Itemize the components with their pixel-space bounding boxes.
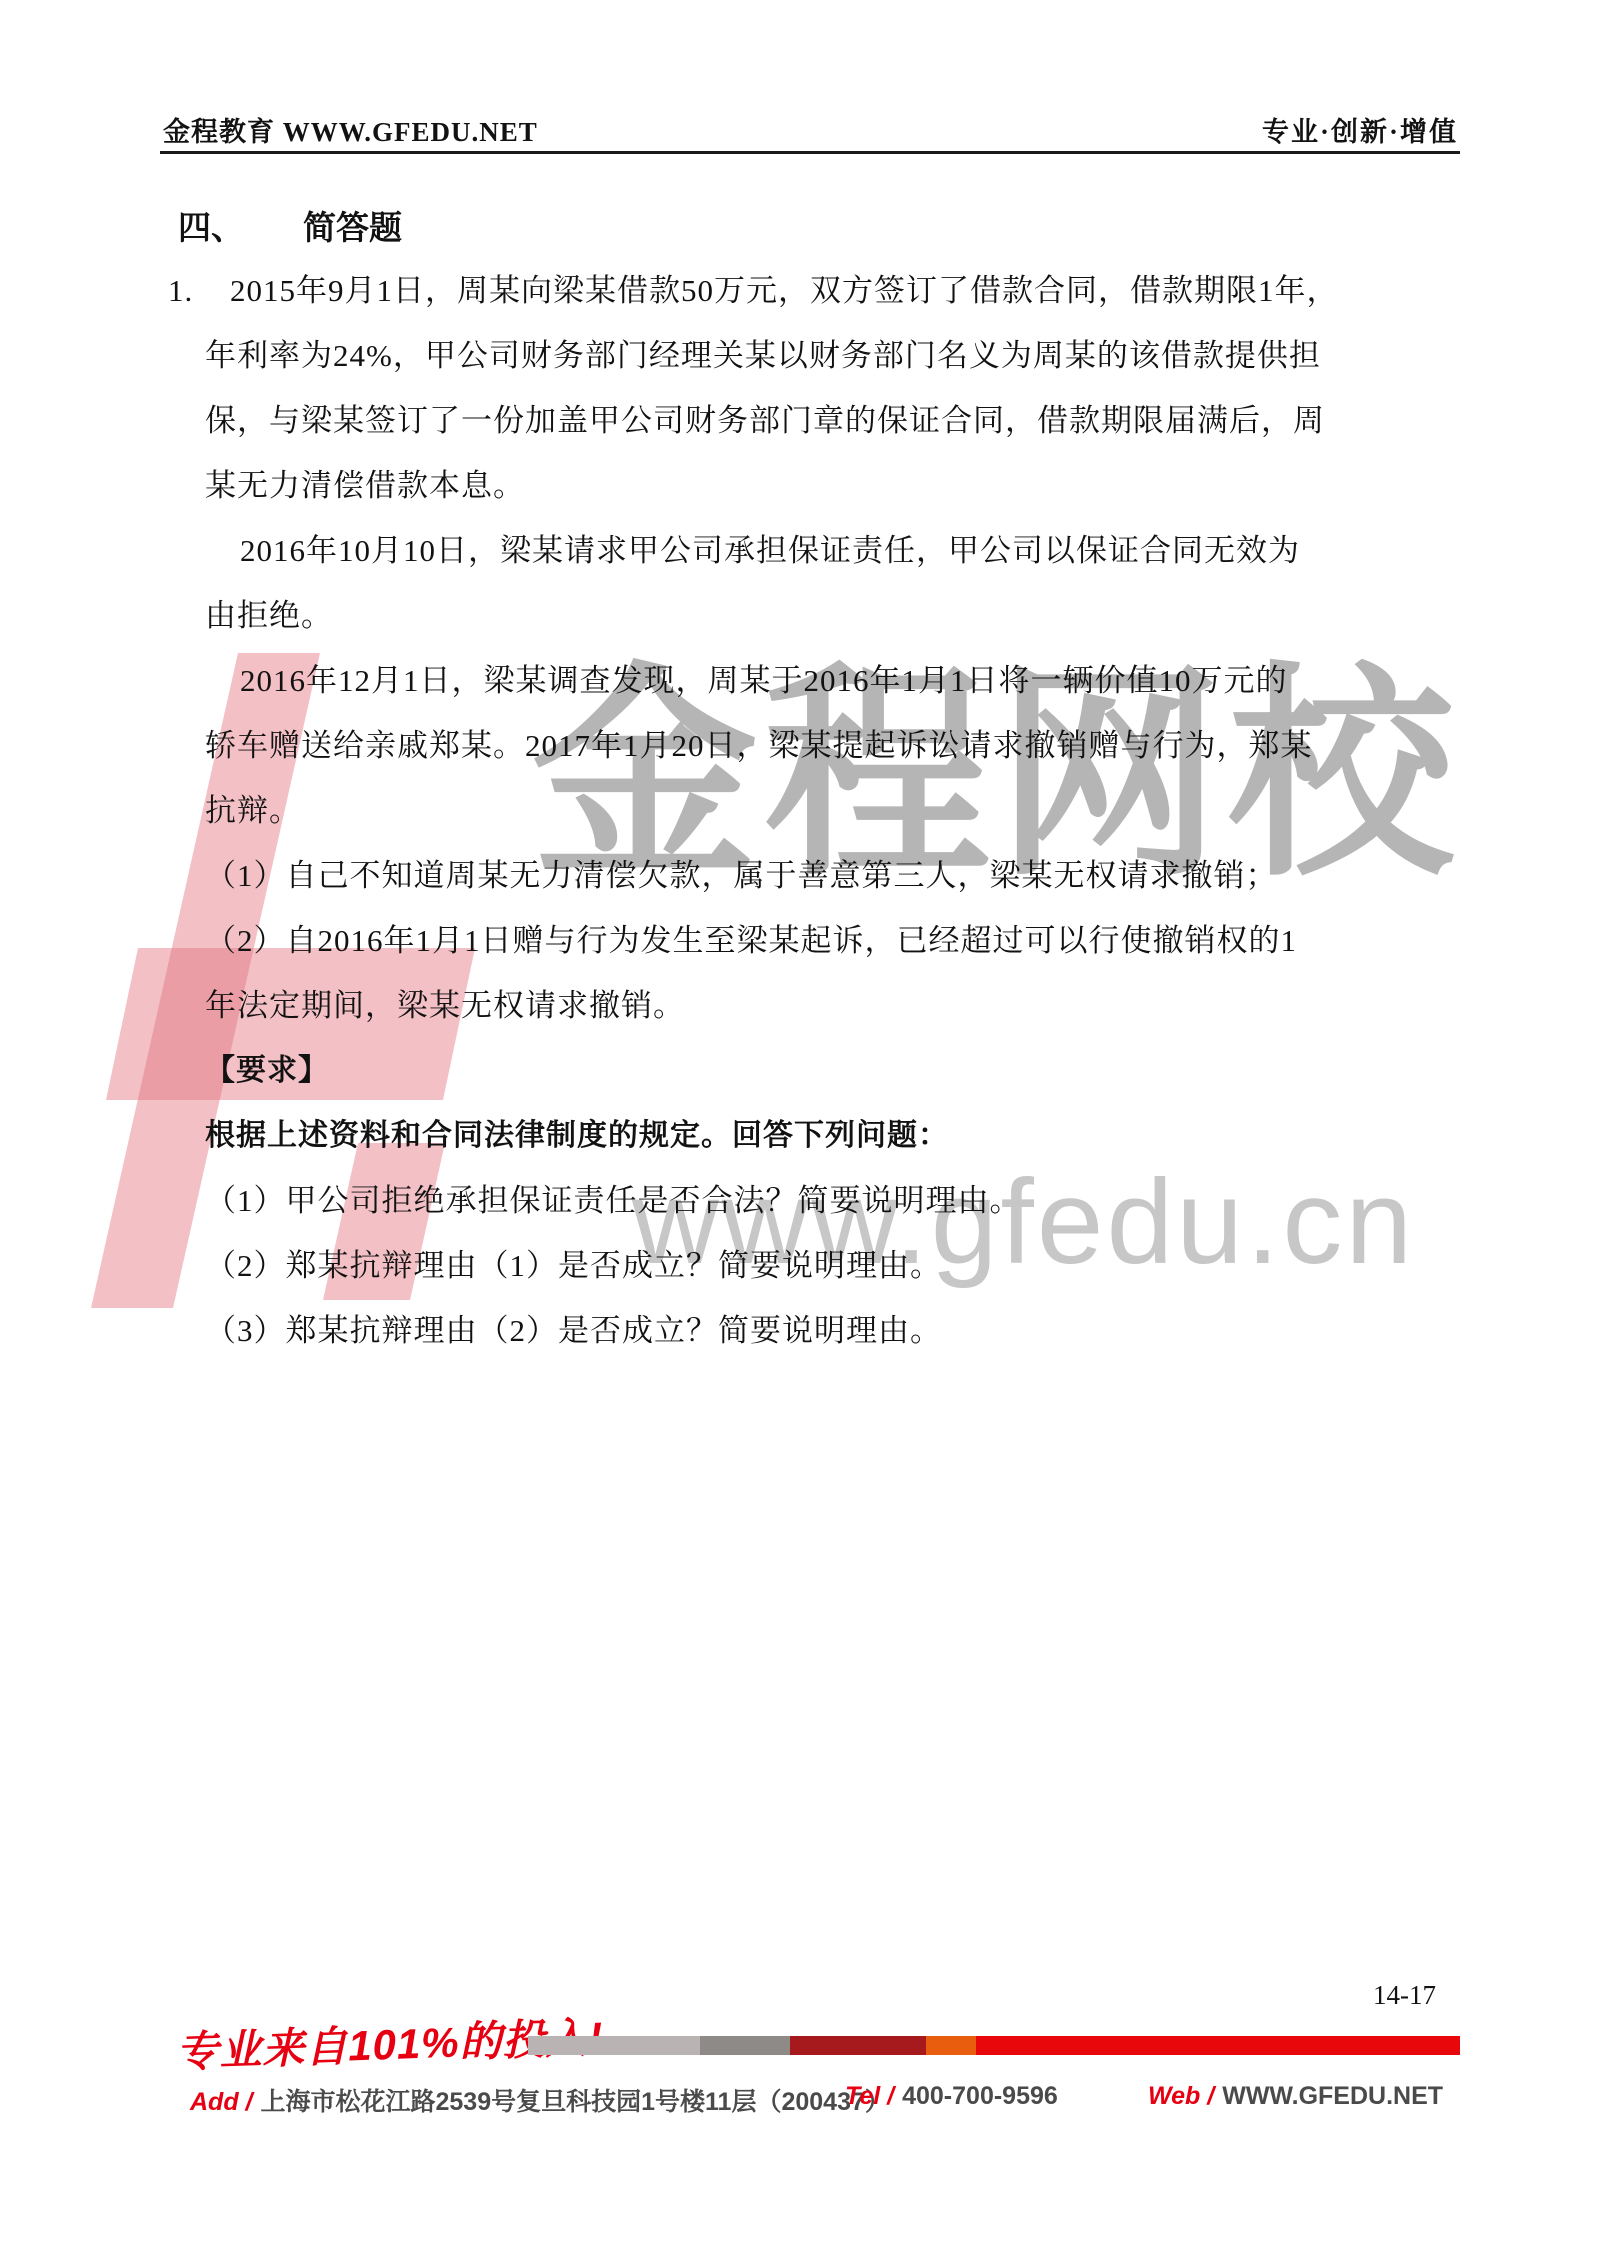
document-page: 金程教育 WWW.GFEDU.NET 专业·创新·增值 金程网校 www.gfe… [0, 0, 1600, 2263]
tel-value: 400-700-9596 [902, 2082, 1058, 2110]
defense-item: 年法定期间，梁某无权请求撤销。 [205, 973, 1465, 1038]
question-line: 1. 2015年9月1日，周某向梁某借款50万元，双方签订了借款合同，借款期限1… [205, 258, 1465, 323]
footer-color-bar [528, 2036, 1460, 2055]
requirement-item: （3）郑某抗辩理由（2）是否成立？简要说明理由。 [205, 1298, 1465, 1363]
question-line: 轿车赠送给亲戚郑某。2017年1月20日，梁某提起诉讼请求撤销赠与行为，郑某 [205, 713, 1465, 778]
page-number: 14-17 [1373, 1980, 1436, 2011]
header-divider [160, 151, 1460, 154]
requirement-item: （2）郑某抗辩理由（1）是否成立？简要说明理由。 [205, 1233, 1465, 1298]
footer-tel: Tel /400-700-9596 [845, 2082, 1058, 2111]
section-number: 四、 [178, 202, 244, 249]
requirement-heading: 【要求】 [205, 1038, 1465, 1103]
bar-segment-red [976, 2036, 1460, 2055]
web-value: WWW.GFEDU.NET [1222, 2082, 1443, 2110]
defense-item: （2）自2016年1月1日赠与行为发生至梁某起诉，已经超过可以行使撤销权的1 [205, 908, 1465, 973]
bar-segment-darkred [790, 2036, 926, 2055]
bar-segment-darkgray [700, 2036, 790, 2055]
address-label: Add / [190, 2088, 253, 2116]
question-line: 保，与梁某签订了一份加盖甲公司财务部门章的保证合同，借款期限届满后，周 [205, 388, 1465, 453]
tel-label: Tel / [845, 2082, 894, 2110]
requirement-item: （1）甲公司拒绝承担保证责任是否合法？简要说明理由。 [205, 1168, 1465, 1233]
header-brand: 金程教育 WWW.GFEDU.NET [163, 110, 538, 149]
footer-address: Add /上海市松花江路2539号复旦科技园1号楼11层（200437） [190, 2082, 890, 2118]
question-item-number: 1. [168, 258, 193, 323]
question-line: 年利率为24%，甲公司财务部门经理关某以财务部门名义为周某的该借款提供担 [205, 323, 1465, 388]
question-line: 由拒绝。 [205, 583, 1465, 648]
web-label: Web / [1148, 2082, 1214, 2110]
bar-segment-gray [528, 2036, 700, 2055]
header-slogan: 专业·创新·增值 [1262, 110, 1458, 149]
question-line-text: 2015年9月1日，周某向梁某借款50万元，双方签订了借款合同，借款期限1年， [230, 273, 1339, 308]
address-value: 上海市松花江路2539号复旦科技园1号楼11层（200437） [261, 2088, 890, 2116]
requirement-intro: 根据上述资料和合同法律制度的规定。回答下列问题： [205, 1103, 1465, 1168]
defense-item: （1）自己不知道周某无力清偿欠款，属于善意第三人，梁某无权请求撤销； [205, 843, 1465, 908]
question-line: 某无力清偿借款本息。 [205, 453, 1465, 518]
question-line: 2016年10月10日，梁某请求甲公司承担保证责任，甲公司以保证合同无效为 [205, 518, 1465, 583]
question-body: 1. 2015年9月1日，周某向梁某借款50万元，双方签订了借款合同，借款期限1… [205, 258, 1465, 1363]
question-line: 2016年12月1日，梁某调查发现，周某于2016年1月1日将一辆价值10万元的 [205, 648, 1465, 713]
section-title: 简答题 [303, 202, 402, 249]
question-line: 抗辩。 [205, 778, 1465, 843]
footer-web: Web /WWW.GFEDU.NET [1148, 2082, 1443, 2111]
bar-segment-orange [926, 2036, 976, 2055]
